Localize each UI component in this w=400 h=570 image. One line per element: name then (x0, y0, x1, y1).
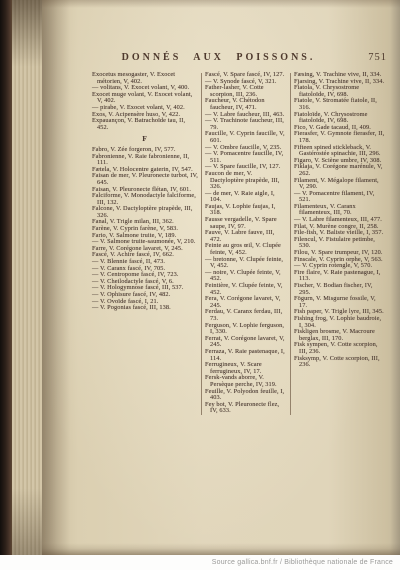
scanned-page: DONNÉS AUX POISSONS. 751 Exocetus mesoga… (42, 0, 400, 555)
index-entry: Fey bot, V. Pleuronecte flez, IV, 633. (205, 402, 287, 415)
page-bottom-shadow (42, 543, 400, 555)
index-entry: Fisk sympen, V. Cotte scorpion, III, 236… (294, 342, 385, 355)
index-entry: Expauançon, V. Batrachoïde tau, II, 452. (92, 118, 198, 131)
photo-background: DONNÉS AUX POISSONS. 751 Exocetus mesoga… (0, 0, 400, 570)
index-entry: Feuille, V. Polyodon feuille, I, 403. (205, 389, 287, 402)
page-top-shadow (42, 0, 400, 8)
book-spine (0, 0, 12, 555)
column-divider (290, 73, 291, 415)
index-entry: Ferdau, V. Caranx ferdau, III, 73. (205, 309, 287, 322)
index-entry: — de mer, V. Raie aigle, I, 104. (205, 191, 287, 204)
index-entry: Faucheur, V. Chétodon faucheur, IV, 471. (205, 98, 287, 111)
index-entry: Exocet muge volant, V. Exocet volant, V,… (92, 92, 198, 105)
index-columns: Exocetus mesogaster, V. Exocet métorien,… (92, 72, 387, 415)
page-header: DONNÉS AUX POISSONS. 751 (92, 52, 387, 63)
index-entry: — V. Pomacentre filament, IV, 521. (294, 191, 385, 204)
index-entry: Fersk-vands aborre, V. Persèque perche, … (205, 375, 287, 388)
attribution-bar: Source gallica.bnf.fr / Bibliothèque nat… (0, 555, 400, 570)
index-entry: Fiklaja, V. Corégone marénule, V, 262. (294, 164, 385, 177)
index-entry: Filament, V. Mégalope filament, V, 290. (294, 178, 385, 191)
index-entry: Fierasfer, V. Gymnote fierasfer, II, 178… (294, 131, 385, 144)
index-entry: Faucille, V. Cyprin faucille, V, 601. (205, 131, 287, 144)
index-column-3: Fæsing, V. Trachine vive, II, 334.Fjarsi… (294, 72, 385, 415)
index-entry: Fisksymp, V. Cotte scorpion, III, 236. (294, 356, 385, 369)
page-content: DONNÉS AUX POISSONS. 751 Exocetus mesoga… (92, 52, 387, 415)
source-attribution: Source gallica.bnf.fr / Bibliothèque nat… (212, 559, 400, 566)
index-entry: Fabronienne, V. Raie fabronienne, II, 11… (92, 154, 198, 167)
page-number: 751 (345, 52, 387, 63)
index-entry: Ferguson, V. Lophie ferguson, I, 330. (205, 323, 287, 336)
index-entry: — bretonne, V. Clupée feinte, V, 452. (205, 257, 287, 270)
gutter-shadow (42, 0, 70, 555)
page-edge-stack (12, 0, 42, 555)
column-divider (201, 73, 202, 415)
index-entry: Fiatole, V. Stromatée fiatole, II, 316. (294, 98, 385, 111)
index-entry: Fiatoloïde, V. Chrysostrome fiatoloïde, … (294, 112, 385, 125)
index-column-2: Fascé, V. Spare fascé, IV, 127.— V. Syno… (205, 72, 287, 415)
running-title: DONNÉS AUX POISSONS. (92, 52, 345, 63)
index-entry: — V. Pogonias fascé, III, 138. (92, 305, 198, 312)
index-entry: Faucon de mer, V. Dactyloptère pirapède,… (205, 171, 287, 191)
index-entry: Feinte au gros œil, V. Clupée feinte, V,… (205, 243, 287, 256)
index-column-1: Exocetus mesogaster, V. Exocet métorien,… (92, 72, 198, 415)
index-entry: Ferrat, V. Corégone lavaret, V, 245. (205, 336, 287, 349)
index-entry: Faisan de mer, V. Pleuronecte turbot, IV… (92, 173, 198, 186)
page-right-edge-shadow (390, 0, 400, 555)
index-entry: Fifteen spined stickleback, V. Gastérost… (294, 145, 385, 158)
section-letter: F (92, 131, 198, 147)
